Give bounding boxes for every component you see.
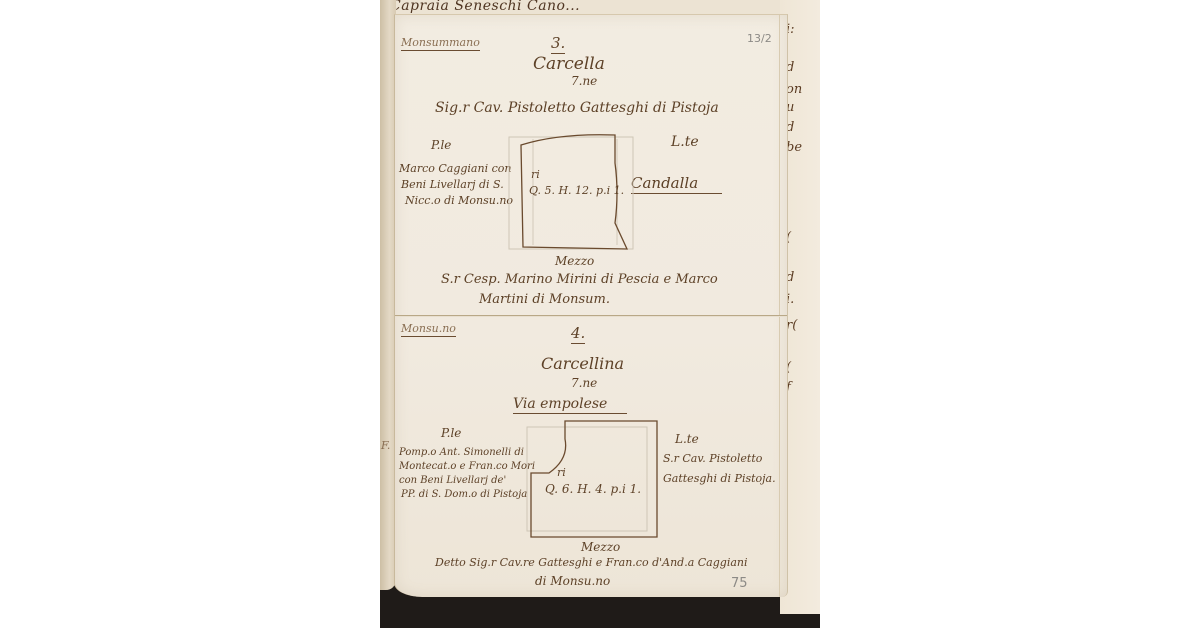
left-neighbor-line: Montecat.o e Fran.co Mori: [399, 461, 535, 472]
bottom-direction-label: Mezzo: [581, 541, 620, 554]
folio-number: 75: [731, 577, 748, 591]
left-direction-label: P.le: [441, 427, 461, 440]
bottom-neighbor-line: Martini di Monsum.: [479, 293, 610, 307]
parcel-plan-4: ri Q. 6. H. 4. p.i 1.: [529, 419, 659, 539]
measure-prefix: ri: [557, 467, 566, 479]
left-neighbor-line: Pomp.o Ant. Simonelli di: [399, 447, 524, 458]
section-divider: [395, 315, 787, 316]
parcel-plan-3: ri Q. 5. H. 12. p.i 1.: [519, 133, 629, 251]
area-measure: Q. 5. H. 12. p.i 1.: [529, 185, 624, 197]
top-strip-text: Capraia Seneschi Cano...: [390, 0, 820, 14]
margin-rule: [779, 15, 780, 597]
owner: Via empolese: [513, 397, 627, 414]
left-direction-label: P.le: [431, 139, 451, 152]
parcel-name: Carcellina: [541, 355, 624, 373]
bottom-direction-label: Mezzo: [555, 255, 594, 268]
owner: Sig.r Cav. Pistoletto Gattesghi di Pisto…: [435, 101, 719, 116]
left-neighbor-line: Marco Caggiani con: [399, 163, 511, 175]
page-number: 13/2: [747, 33, 772, 45]
left-neighbor-line: con Beni Livellarj de': [399, 475, 506, 486]
fragment: on: [786, 82, 802, 97]
left-edge-fragment: F.: [381, 440, 390, 452]
fragment: be: [786, 140, 802, 155]
parcel-outline: [529, 419, 659, 539]
left-neighbor-line: Nicc.o di Monsu.no: [405, 195, 513, 207]
margin-location: Monsummano: [401, 37, 480, 51]
right-direction-label: L.te: [671, 135, 699, 150]
left-neighbor-line: PP. di S. Dom.o di Pistoja: [401, 489, 527, 500]
right-neighbor: Candalla: [631, 175, 722, 194]
right-neighbor-line: S.r Cav. Pistoletto: [663, 453, 762, 465]
parcel-number: 3.: [551, 35, 565, 54]
register-leaf: 13/2 Monsummano 3. Carcella 7.ne Sig.r C…: [394, 14, 788, 597]
right-neighbor-line: Gattesghi di Pistoja.: [663, 473, 776, 485]
bottom-neighbor-line: di Monsu.no: [535, 575, 610, 588]
parcel-number: 4.: [571, 325, 585, 344]
area-measure: Q. 6. H. 4. p.i 1.: [545, 483, 641, 496]
direction-label: 7.ne: [571, 75, 597, 88]
parcel-name: Carcella: [533, 55, 605, 74]
margin-location: Monsu.no: [401, 323, 456, 337]
right-direction-label: L.te: [675, 433, 699, 446]
bottom-neighbor-line: Detto Sig.r Cav.re Gattesghi e Fran.co d…: [435, 557, 748, 569]
left-neighbor-line: Beni Livellarj di S.: [401, 179, 504, 191]
direction-label: 7.ne: [571, 377, 597, 390]
measure-prefix: ri: [531, 169, 540, 181]
bottom-neighbor-line: S.r Cesp. Marino Mirini di Pescia e Marc…: [441, 273, 718, 287]
manuscript-scan: Capraia Seneschi Cano... i: d on u d be …: [380, 0, 820, 628]
